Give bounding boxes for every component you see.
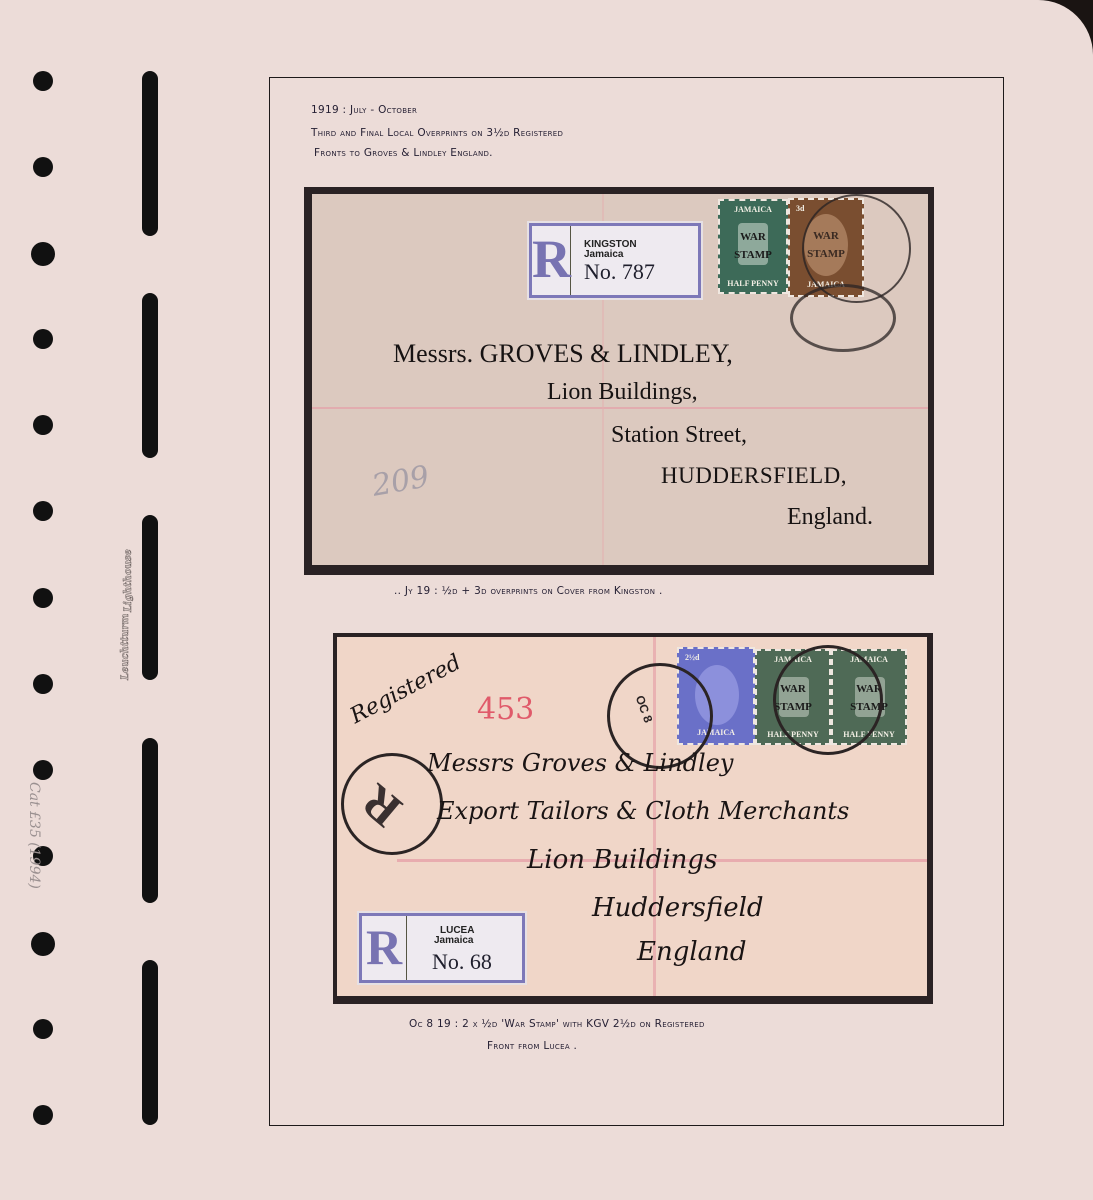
stamp-country: JAMAICA [720,205,786,214]
cover1-caption: .. Jy 19 : ½d + 3d overprints on Cover f… [394,585,663,597]
stamp-halfpenny-war: JAMAICA WAR STAMP HALF PENNY [718,199,788,294]
red-crayon-line [312,407,928,409]
brand-leuchtturm: Leuchtturm [120,614,131,680]
binder-hole [33,71,53,91]
address-line4: HUDDERSFIELD, [661,463,847,489]
address-line5: England. [787,504,873,531]
binder-slot [142,960,158,1125]
cover2-caption-line1: Oc 8 19 : 2 x ½d 'War Stamp' with KGV 2½… [409,1018,705,1030]
cover-paper: Registered 453 R 2½d JAMAICA JAMAICA WAR… [337,637,927,996]
binder-hole [33,501,53,521]
registration-label: R LUCEA Jamaica No. 68 [359,913,525,983]
registration-r: R [532,226,571,295]
binder-hole [33,674,53,694]
registration-country: Jamaica [434,936,473,946]
manuscript-address-line5: England [637,937,747,967]
overprint-war: WAR [720,227,786,247]
binder-hole [31,932,55,956]
binder-hole [33,760,53,780]
album-page: Leuchtturm Lighthouse Cat £35 (1994) 191… [0,0,1093,1200]
overprint-stamp: STAMP [720,245,786,265]
binder-hole [33,1105,53,1125]
manuscript-address-line1: Messrs Groves & Lindley [427,749,734,777]
address-line3: Station Street, [611,422,747,449]
binder-hole [31,242,55,266]
page-heading-line2: Third and Final Local Overprints on 3½d … [311,127,563,139]
pencil-catalogue-note: Cat £35 (1994) [26,782,42,889]
r-handstamp-letter: R [350,773,412,837]
brand-lighthouse: Lighthouse [123,549,134,612]
registration-oval-cancel [790,284,896,352]
pencil-number: 209 [369,459,431,503]
red-crayon-number: 453 [477,692,534,727]
stamp-value: HALF PENNY [720,279,786,288]
binder-hole [33,588,53,608]
manuscript-address-line2: Export Tailors & Cloth Merchants [437,797,849,825]
page-heading-line3: Fronts to Groves & Lindley England. [314,147,493,159]
address-line2: Lion Buildings, [547,379,698,406]
cover-paper: R KINGSTON Jamaica No. 787 JAMAICA WAR S… [312,194,928,565]
binder-hole [33,157,53,177]
cover-kingston: R KINGSTON Jamaica No. 787 JAMAICA WAR S… [304,187,934,575]
registration-label: R KINGSTON Jamaica No. 787 [529,223,701,298]
binder-slot [142,515,158,680]
registration-r: R [362,916,407,980]
registered-manuscript: Registered [346,650,465,729]
binder-slot [142,293,158,458]
binder-slot [142,71,158,236]
registration-number: No. 68 [432,949,492,975]
manuscript-address-line3: Lion Buildings [527,845,717,875]
manuscript-address-line4: Huddersfield [592,893,764,923]
page-heading-line1: 1919 : July - October [311,104,417,116]
postmark-date: OC 8 [633,693,656,724]
registration-number: No. 787 [584,259,655,285]
lucea-postmark-2 [773,645,883,755]
cover-lucea: Registered 453 R 2½d JAMAICA JAMAICA WAR… [333,633,933,1004]
binder-hole [33,1019,53,1039]
cover2-caption-line2: Front from Lucea . [487,1040,577,1052]
address-line1: Messrs. GROVES & LINDLEY, [393,339,733,369]
stamp-corner-value: 2½d [679,653,753,662]
binder-hole [33,329,53,349]
binder-slot [142,738,158,903]
binder-hole [33,415,53,435]
